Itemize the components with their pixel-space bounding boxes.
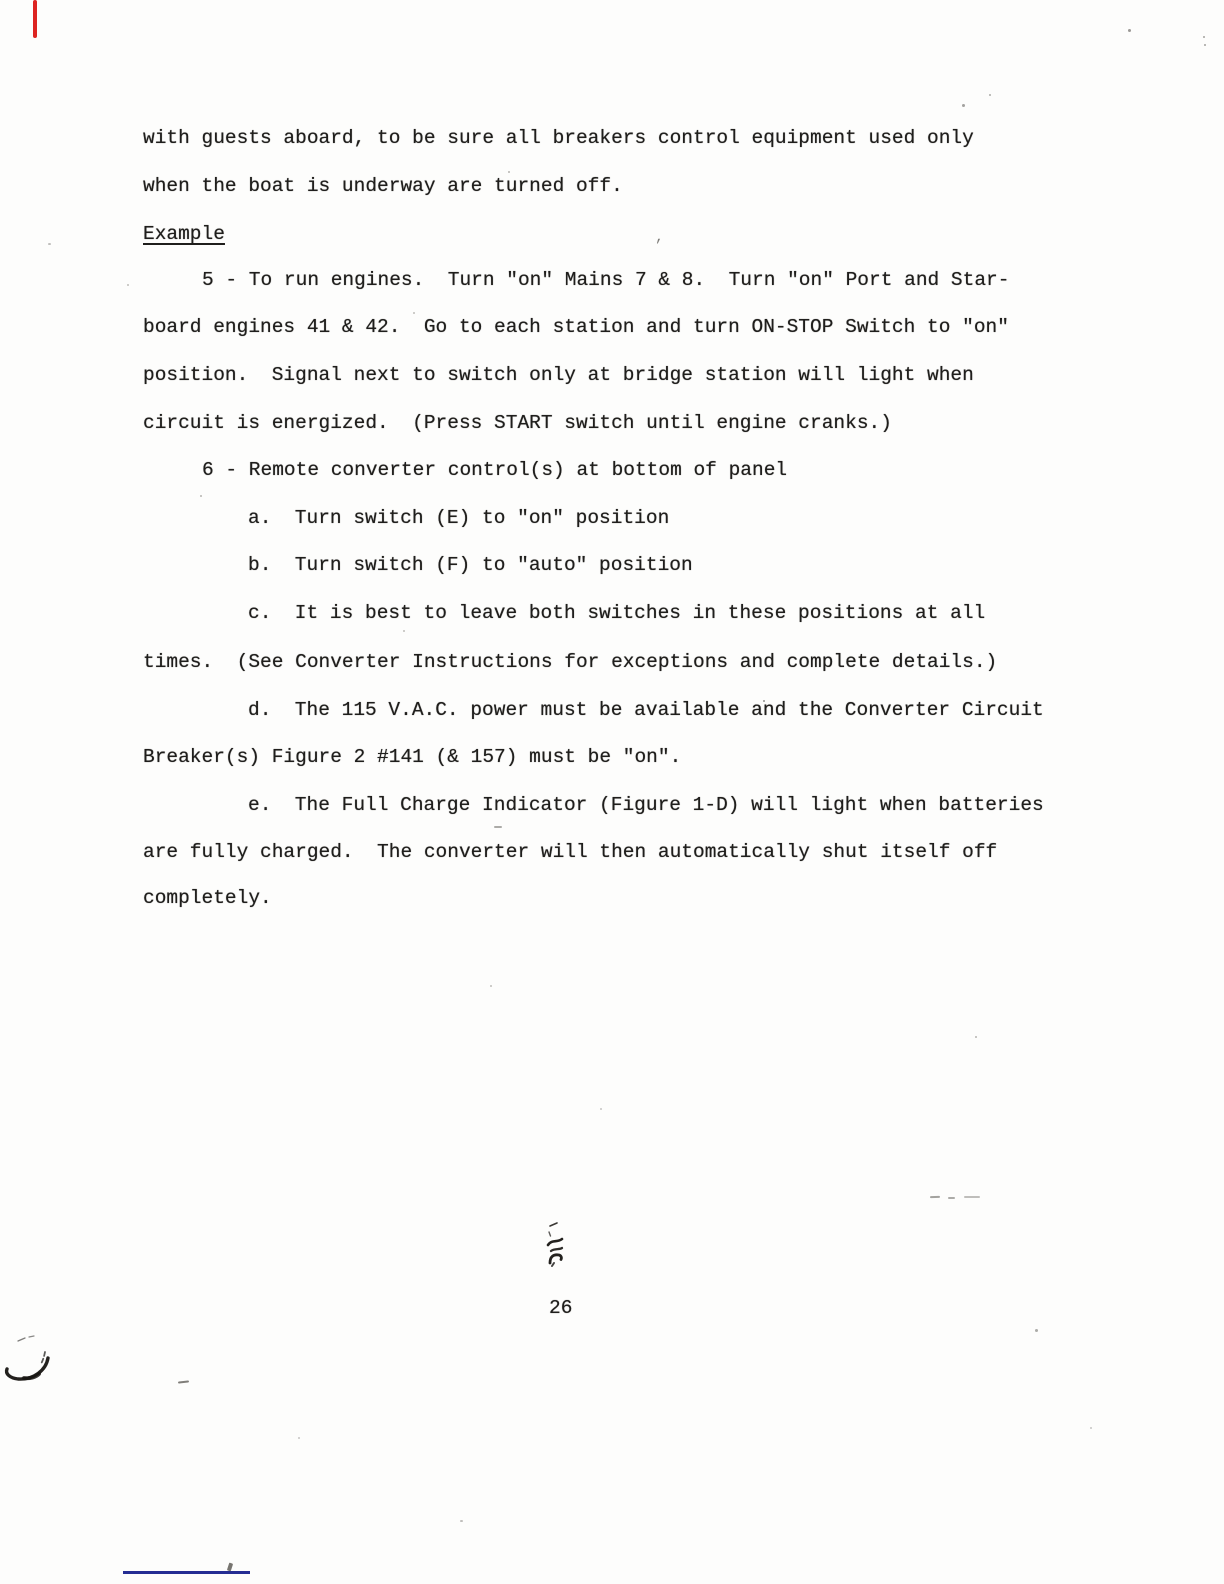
red-pen-mark (33, 0, 37, 38)
text-line: circuit is energized. (Press START switc… (143, 414, 892, 434)
text-line: are fully charged. The converter will th… (143, 843, 997, 863)
text-line: when the boat is underway are turned off… (143, 177, 623, 197)
scan-speck (600, 1108, 602, 1110)
scan-speck (508, 171, 510, 173)
scan-speck (413, 312, 415, 314)
scan-speck (964, 1196, 980, 1198)
scan-speck (298, 1437, 300, 1439)
text-line: 5 - To run engines. Turn "on" Mains 7 & … (202, 271, 1009, 291)
scan-speck (494, 826, 502, 828)
scan-speck (48, 243, 51, 245)
scan-speck (403, 630, 405, 632)
text-line: c. It is best to leave both switches in … (248, 604, 985, 624)
scan-speck (930, 1196, 940, 1198)
scan-speck (989, 94, 991, 96)
text-line: Breaker(s) Figure 2 #141 (& 157) must be… (143, 748, 681, 768)
scan-speck (490, 985, 492, 987)
scan-speck (1203, 36, 1205, 38)
text-line: a. Turn switch (E) to "on" position (248, 509, 669, 529)
scan-speck (127, 284, 129, 286)
scan-speck (1090, 1427, 1092, 1429)
scan-speck (948, 1197, 955, 1199)
scan-speck: , (655, 230, 664, 245)
text-line: completely. (143, 889, 272, 909)
text-line: e. The Full Charge Indicator (Figure 1-D… (248, 796, 1044, 816)
text-line: with guests aboard, to be sure all break… (143, 129, 974, 149)
text-line: times. (See Converter Instructions for e… (143, 653, 997, 673)
scan-speck (200, 495, 202, 497)
text-line: board engines 41 & 42. Go to each statio… (143, 318, 1009, 338)
text-line: 6 - Remote converter control(s) at botto… (202, 461, 787, 481)
scan-speck (1204, 44, 1206, 46)
scan-speck (962, 104, 965, 107)
scan-speck (178, 1380, 189, 1383)
scan-speck (1035, 1329, 1038, 1332)
text-line: position. Signal next to switch only at … (143, 366, 974, 386)
text-line: d. The 115 V.A.C. power must be availabl… (248, 701, 1044, 721)
scan-speck (460, 1520, 463, 1522)
scan-speck (763, 700, 765, 702)
scan-speck (1128, 29, 1131, 32)
document-page: with guests aboard, to be sure all break… (0, 0, 1224, 1584)
text-line: b. Turn switch (F) to "auto" position (248, 556, 693, 576)
handwritten-mark (2, 1330, 64, 1390)
text-line: Example (143, 225, 225, 245)
page-number: 26 (549, 1299, 572, 1319)
ink-smudge (544, 1220, 566, 1268)
scan-speck (975, 1036, 977, 1038)
blue-underline-mark (123, 1571, 250, 1574)
